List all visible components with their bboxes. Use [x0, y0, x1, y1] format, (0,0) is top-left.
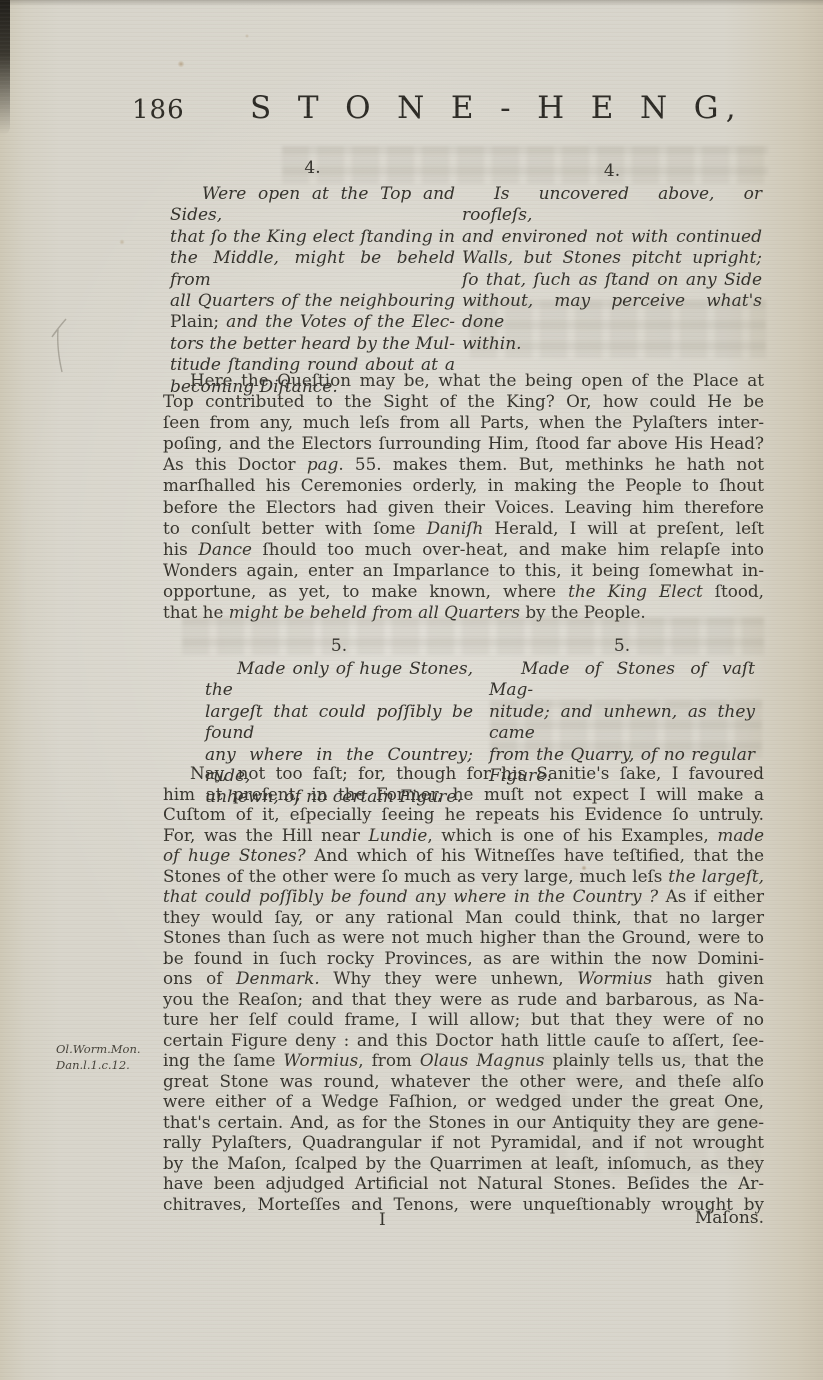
- text-line: Nay, not too faſt; for, though for his S…: [163, 763, 764, 784]
- section-5-left-number: 5.: [205, 636, 473, 656]
- text-line: Top contributed to the Sight of the King…: [163, 391, 764, 412]
- catchword: Maſons.: [695, 1208, 764, 1228]
- pencil-mark: [46, 316, 76, 380]
- section-4-right-number: 4.: [462, 161, 762, 181]
- body-paragraph-2: Nay, not too faſt; for, though for his S…: [163, 763, 764, 1214]
- margin-citation: Ol.Worm.Mon. Dan.l.1.c.12.: [56, 1042, 164, 1073]
- text-line: to conſult better with ſome Daniſh Heral…: [163, 518, 764, 539]
- text-line: Cuſtom of it, eſpecially ſeeing he repea…: [163, 804, 764, 825]
- text-line: chitraves, Morteſſes and Tenons, were un…: [163, 1194, 764, 1215]
- page-number: 186: [132, 95, 185, 125]
- text-line: that could poſſibly be found any where i…: [163, 886, 764, 907]
- body-paragraph-1: Here the Queſtion may be, what the being…: [163, 370, 764, 623]
- text-line: Made only of huge Stones, the: [205, 659, 473, 702]
- text-line: that he might be beheld from all Quarter…: [163, 602, 764, 623]
- text-line: before the Electors had given their Voic…: [163, 497, 764, 518]
- text-line: that ſo the King elect ſtanding in: [170, 227, 455, 248]
- text-line: tors the better heard by the Mul-: [170, 334, 455, 355]
- text-line: ſeen from any, much leſs from all Parts,…: [163, 412, 764, 433]
- text-line: his Dance ſhould too much over-heat, and…: [163, 539, 764, 560]
- text-line: Here the Queſtion may be, what the being…: [163, 370, 764, 391]
- margin-citation-line-2: Dan.l.1.c.12.: [56, 1058, 164, 1074]
- text-line: nitude; and unhewn, as they came: [489, 702, 755, 745]
- text-line: they would ſay, or any rational Man coul…: [163, 907, 764, 928]
- text-line: marſhalled his Ceremonies orderly, in ma…: [163, 475, 764, 496]
- text-line: Walls, but Stones pitcht upright;: [462, 248, 762, 269]
- text-line: ing the ſame Wormius, from Olaus Magnus …: [163, 1050, 764, 1071]
- text-line: rally Pylaſters, Quadrangular if not Pyr…: [163, 1132, 764, 1153]
- text-line: largeſt that could poſſibly be found: [205, 702, 473, 745]
- text-line: without, may perceive what's done: [462, 291, 762, 334]
- text-line: certain Figure deny : and this Doctor ha…: [163, 1030, 764, 1051]
- text-line: within.: [462, 334, 762, 355]
- text-line: the Middle, might be beheld from: [170, 248, 455, 291]
- text-line: ſo that, ſuch as ſtand on any Side: [462, 270, 762, 291]
- scan-top-edge-shadow: [0, 0, 823, 6]
- text-line: him at preſent, in the Former, he muſt n…: [163, 784, 764, 805]
- text-line: you the Reaſon; and that they were as ru…: [163, 989, 764, 1010]
- text-line: have been adjudged Artificial not Natura…: [163, 1173, 764, 1194]
- signature-mark: I: [379, 1210, 386, 1230]
- section-5-right-number: 5.: [489, 636, 755, 656]
- section-4-right-column: Is uncovered above, or roofleſs,and envi…: [462, 184, 762, 355]
- text-line: Stones than ſuch as were not much higher…: [163, 927, 764, 948]
- text-line: Stones of the other were ſo much as very…: [163, 866, 764, 887]
- text-line: poſing, and the Electors ſurrounding Him…: [163, 433, 764, 454]
- text-line: by the Maſon, ſcalped by the Quarrimen a…: [163, 1153, 764, 1174]
- text-line: be found in ſuch rocky Provinces, as are…: [163, 948, 764, 969]
- text-line: Made of Stones of vaſt Mag-: [489, 659, 755, 702]
- text-line: great Stone was round, whatever the othe…: [163, 1071, 764, 1092]
- margin-citation-line-1: Ol.Worm.Mon.: [56, 1042, 164, 1058]
- text-line: As this Doctor pag. 55. makes them. But,…: [163, 454, 764, 475]
- section-4-left-number: 4.: [170, 158, 455, 178]
- text-line: ons of Denmark. Why they were unhewn, Wo…: [163, 968, 764, 989]
- text-line: Wonders again, enter an Imparlance to th…: [163, 560, 764, 581]
- section-4-left-column: Were open at the Top and Sides,that ſo t…: [170, 184, 455, 398]
- text-line: Plain; and the Votes of the Elec-: [170, 312, 455, 333]
- text-line: and environed not with continued: [462, 227, 762, 248]
- book-page-scan: 186 S T O N E - H E N G, 4. 4. Were open…: [0, 0, 823, 1380]
- scan-edge-artifact: [0, 0, 10, 135]
- text-line: Is uncovered above, or roofleſs,: [462, 184, 762, 227]
- page-title: S T O N E - H E N G,: [250, 90, 744, 126]
- text-line: of huge Stones? And which of his Witneſſ…: [163, 845, 764, 866]
- text-line: Were open at the Top and Sides,: [170, 184, 455, 227]
- text-line: opportune, as yet, to make known, where …: [163, 581, 764, 602]
- text-line: that's certain. And, as for the Stones i…: [163, 1112, 764, 1133]
- text-line: were either of a Wedge Faſhion, or wedge…: [163, 1091, 764, 1112]
- text-line: ture her ſelf could frame, I will allow;…: [163, 1009, 764, 1030]
- text-line: all Quarters of the neighbouring: [170, 291, 455, 312]
- text-line: For, was the Hill near Lundie, which is …: [163, 825, 764, 846]
